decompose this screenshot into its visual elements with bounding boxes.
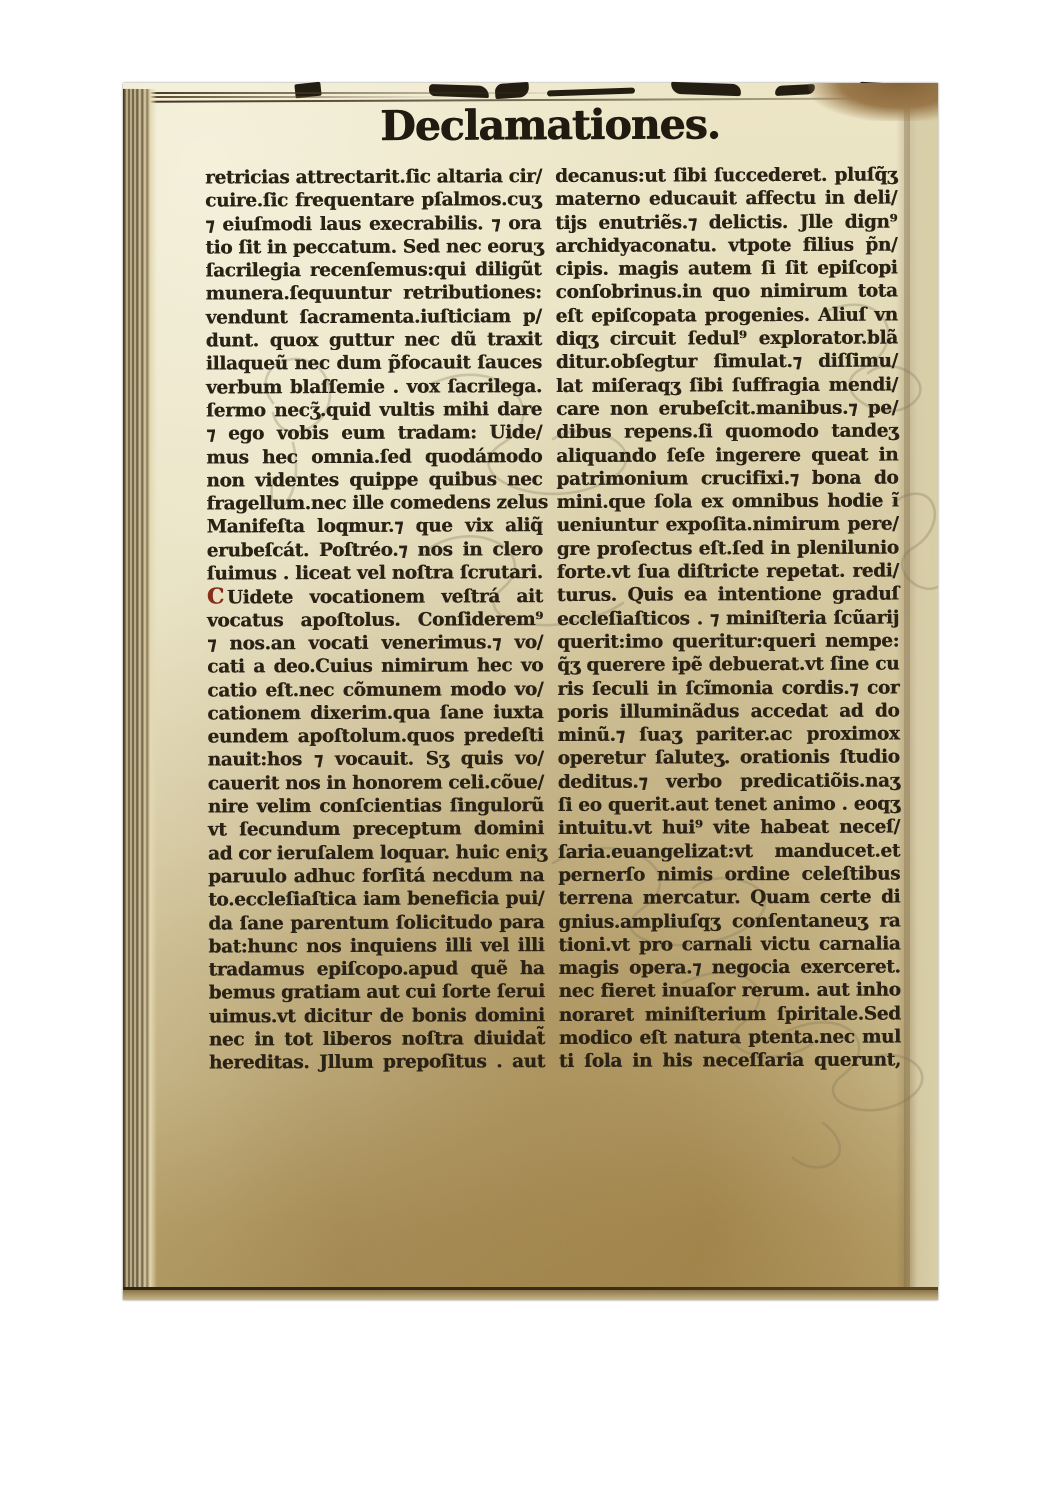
- text-line: pernerſo nimis ordine celeſtibus: [558, 862, 900, 887]
- text-line: fragellum.nec ille comedens zelus: [206, 491, 542, 516]
- text-line: cauerit nos in honorem celi.cõue/: [208, 771, 544, 796]
- page-top-edge-line: [149, 92, 579, 94]
- text-line: aliquando ſeſe ingerere queat in: [556, 443, 898, 468]
- text-line: noraret miniſterium ſpiritale.Sed: [559, 1002, 901, 1027]
- text-line: nire velim conſcientias ſingulorũ: [208, 794, 544, 819]
- text-line: q̃ʒ querere ipẽ debuerat.vt ſine cu: [557, 653, 899, 678]
- text-line: Manifeſta loqmur.⁊ que vix aliq̃: [207, 514, 543, 539]
- text-line: illaqueũ nec dum p̃focauit ſauces: [206, 351, 542, 376]
- text-line: ſacrilegia recenſemus:qui diligũt: [205, 258, 541, 283]
- text-line: poris illuminãdus accedat ad do: [557, 699, 899, 724]
- cropped-ink-mark: [671, 82, 741, 96]
- text-line: conſobrinus.in quo nimirum tota: [556, 280, 898, 305]
- text-line: cuire.ſic frequentare pſalmos.cuʒ: [205, 188, 541, 213]
- text-line: modico eſt natura ptenta.nec mul: [559, 1025, 901, 1050]
- text-line: ti ſola in his neceſſaria querunt,: [559, 1049, 901, 1074]
- page-bottom-strip: [123, 1290, 938, 1300]
- text-line: tio ſit in peccatum. Sed nec eoruʒ: [205, 235, 541, 260]
- text-line: ſaria.euangelizat:vt manducet.et: [558, 839, 900, 864]
- text-line: non videntes quippe quibus nec: [206, 468, 542, 493]
- text-line: uimus.vt dicitur de bonis domini: [209, 1004, 545, 1029]
- text-line: mus hec omnia.ſed quodámodo: [206, 445, 542, 470]
- text-column-right: decanus:ut ſibi ſuccederet. pluſq̃ʒmater…: [555, 163, 901, 1073]
- text-line: archidyaconatu. vtpote filius p̃n/: [555, 233, 897, 258]
- text-line: ⁊ eiuſmodi laus execrabilis. ⁊ ora: [205, 212, 541, 237]
- text-line: ad cor ieruſalem loquar. huic eniʒ: [208, 841, 544, 866]
- text-line: erubeſcát. Poſtréo.⁊ nos in clero: [207, 538, 543, 563]
- text-line: hereditas. Jllum prepoſitus . aut: [209, 1050, 545, 1075]
- text-line: dunt. quox guttur nec dũ traxit: [206, 328, 542, 353]
- text-line: ris ſeculi in ſcĩmonia cordis.⁊ cor: [557, 676, 899, 701]
- text-line: munera.ſequuntur retributiones:: [206, 282, 542, 307]
- text-line: materno educauit affectu in deli/: [555, 187, 897, 212]
- text-line: bemus gratiam aut cui ſorte ſerui: [209, 980, 545, 1005]
- text-line: cipis. magis autem ſi ſit epiſcopi: [555, 257, 897, 282]
- text-line: operetur ſaluteʒ. orationis ſtudio: [558, 746, 900, 771]
- text-line: nec fieret inuaſor rerum. aut inho: [559, 979, 901, 1004]
- text-line: tioni.vt pro carnali victu carnalia: [558, 932, 900, 957]
- text-line: vocatus apoſtolus. Conſiderem⁹: [207, 608, 543, 633]
- text-line: ſermo necʒ̃.quid vultis mihi dare: [206, 398, 542, 423]
- text-line: cationem dixerim.qua ſane iuxta: [207, 701, 543, 726]
- text-line: eundem apoſtolum.quos predeſti: [207, 724, 543, 749]
- text-line: forte.vt ſua diſtricte repetat. redi/: [557, 560, 899, 585]
- text-line: magis opera.⁊ negocia exerceret.: [558, 956, 900, 981]
- text-line: cati a deo.Cuius nimirum hec vo: [207, 654, 543, 679]
- text-line: decanus:ut ſibi ſuccederet. pluſq̃ʒ: [555, 163, 897, 188]
- text-line: patrimonium crucifixi.⁊ bona do: [556, 466, 898, 491]
- text-line: gnius.ampliuſqʒ conſentaneuʒ ra: [558, 909, 900, 934]
- text-line: deditus.⁊ verbo predicatiõis.naʒ: [558, 769, 900, 794]
- text-line: intuitu.vt hui⁹ vite habeat neceſ/: [558, 816, 900, 841]
- text-line: to.eccleſiaſtica iam beneficia pui/: [208, 887, 544, 912]
- text-line: care non erubeſcit.manibus.⁊ pe/: [556, 396, 898, 421]
- text-line: terrena mercatur. Quam certe di: [558, 886, 900, 911]
- text-line: da ſane parentum ſolicitudo para: [208, 911, 544, 936]
- page-top-edge-line: [149, 96, 449, 98]
- text-line: dibus repens.ſi quomodo tandeʒ: [556, 420, 898, 445]
- text-line: paruulo adhuc forſitá necdum na: [208, 864, 544, 889]
- text-line: querit:imo queritur:queri nempe:: [557, 629, 899, 654]
- text-line: ſi eo querit.aut tenet animo . eoqʒ: [558, 792, 900, 817]
- cropped-ink-mark: [495, 82, 530, 99]
- page-title: Declamationes.: [380, 100, 720, 150]
- text-column-left: retricias attrectarit.ſic altaria cir/cu…: [205, 165, 545, 1075]
- fore-edge-page-stack: [123, 89, 157, 1289]
- text-line: eccleſiaſticos . ⁊ miniſteria ſcũarij: [557, 606, 899, 631]
- title-row: Declamationes.: [205, 99, 895, 151]
- text-line: gre proſectus eſt.ſed in plenilunio: [557, 536, 899, 561]
- text-line: vendunt ſacramenta.iuſticiam p/: [206, 305, 542, 330]
- text-line: eſt epiſcopata progenies. Aliuſ vn: [556, 303, 898, 328]
- page-bottom-edge: [123, 1287, 938, 1290]
- text-line: ⁊ ego vobis eum tradam: Uide/: [206, 421, 542, 446]
- text-line: ueniuntur expoſita.nimirum pere/: [557, 513, 899, 538]
- text-line: ditur.obſegtur ſimulat.⁊ diſſimu/: [556, 350, 898, 375]
- text-line: bat:hunc nos inquiens illi vel illi: [208, 934, 544, 959]
- text-line: catio eſt.nec cõmunem modo vo/: [207, 678, 543, 703]
- text-line: verbum blaſſemie . vox ſacrilega.: [206, 375, 542, 400]
- text-line: minũ.⁊ ſuaʒ pariter.ac proximox: [557, 723, 899, 748]
- text-area: retricias attrectarit.ſic altaria cir/cu…: [205, 163, 897, 166]
- text-line: tijs enutriẽs.⁊ delictis. Jlle dign⁹: [555, 210, 897, 235]
- text-line: vt ſecundum preceptum domini: [208, 817, 544, 842]
- text-line: diqʒ circuit ſedul⁹ explorator.blã: [556, 327, 898, 352]
- text-line: CUidete vocationem veſtrá ait: [207, 584, 543, 609]
- text-line: ſuimus . liceat vel noſtra ſcrutari.: [207, 561, 543, 586]
- text-line: lat miſeraqʒ ſibi ſuffragia mendi/: [556, 373, 898, 398]
- text-line: ⁊ nos.an vocati venerimus.⁊ vo/: [207, 631, 543, 656]
- text-line: nauit:hos ⁊ vocauit. Sʒ quis vo/: [208, 747, 544, 772]
- book-page-photo: Declamationes. retricias attrectarit.ſic…: [123, 83, 938, 1300]
- text-line: mini.que ſola ex omnibus hodie ĩ: [556, 490, 898, 515]
- text-line: turus. Quis ea intentione graduſ: [557, 583, 899, 608]
- red-capitulum-initial: C: [207, 585, 224, 610]
- text-line: nec in tot liberos noſtra diuidat̃: [209, 1027, 545, 1052]
- text-line: retricias attrectarit.ſic altaria cir/: [205, 165, 541, 190]
- text-line: tradamus epiſcopo.apud quẽ ha: [208, 957, 544, 982]
